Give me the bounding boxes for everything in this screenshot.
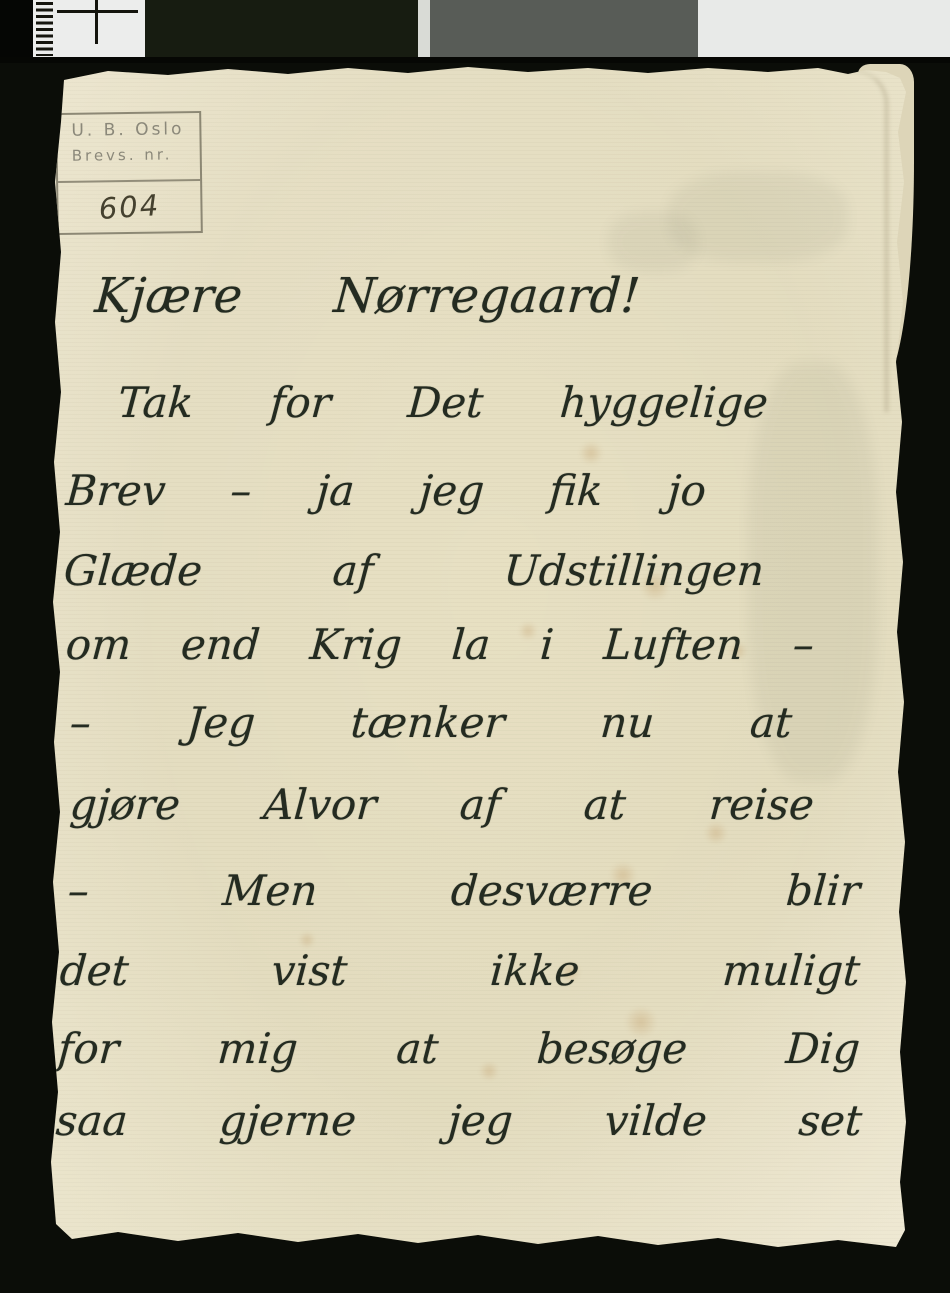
patch-divider bbox=[418, 0, 430, 58]
ruler-card bbox=[33, 0, 145, 60]
handwritten-line: Tak for Det hyggelige bbox=[116, 380, 769, 426]
stamp-header: U. B. Oslo Brevs. nr. bbox=[57, 113, 200, 183]
handwritten-line: Kjære Nørregaard! bbox=[93, 270, 642, 323]
ruler-ticks-icon bbox=[36, 2, 53, 56]
handwritten-line: det vist ikke muligt bbox=[58, 948, 861, 994]
handwritten-line: for mig at besøge Dig bbox=[56, 1026, 861, 1072]
page-fold-edge bbox=[841, 70, 888, 412]
calibration-strip bbox=[0, 0, 950, 62]
show-through-mark bbox=[608, 212, 698, 272]
handwritten-line: om end Krig la i Luften – bbox=[64, 622, 815, 668]
handwritten-line: Brev – ja jeg fik jo bbox=[64, 468, 707, 514]
stamp-number: 604 bbox=[58, 185, 202, 228]
handwritten-line: – Men desværre blir bbox=[66, 868, 861, 914]
library-stamp: U. B. Oslo Brevs. nr. 604 bbox=[55, 111, 203, 235]
foxing-spot bbox=[578, 442, 604, 464]
handwritten-line: Glæde af Udstillingen bbox=[62, 548, 765, 594]
stamp-institution: U. B. Oslo bbox=[71, 119, 199, 141]
handwritten-line: gjøre Alvor af at reise bbox=[68, 782, 815, 828]
gray-patch-mid bbox=[430, 0, 698, 58]
handwritten-line: saa gjerne jeg vilde set bbox=[54, 1098, 863, 1144]
handwritten-line: – Jeg tænker nu at bbox=[68, 700, 793, 746]
gray-patch-black bbox=[145, 0, 418, 58]
letter-page: U. B. Oslo Brevs. nr. 604 Kjære Nørregaa… bbox=[48, 62, 914, 1256]
crosshair-icon bbox=[95, 0, 98, 44]
stamp-series: Brevs. nr. bbox=[72, 145, 200, 165]
strip-baseline bbox=[0, 57, 950, 63]
gray-patch-white bbox=[698, 0, 950, 58]
